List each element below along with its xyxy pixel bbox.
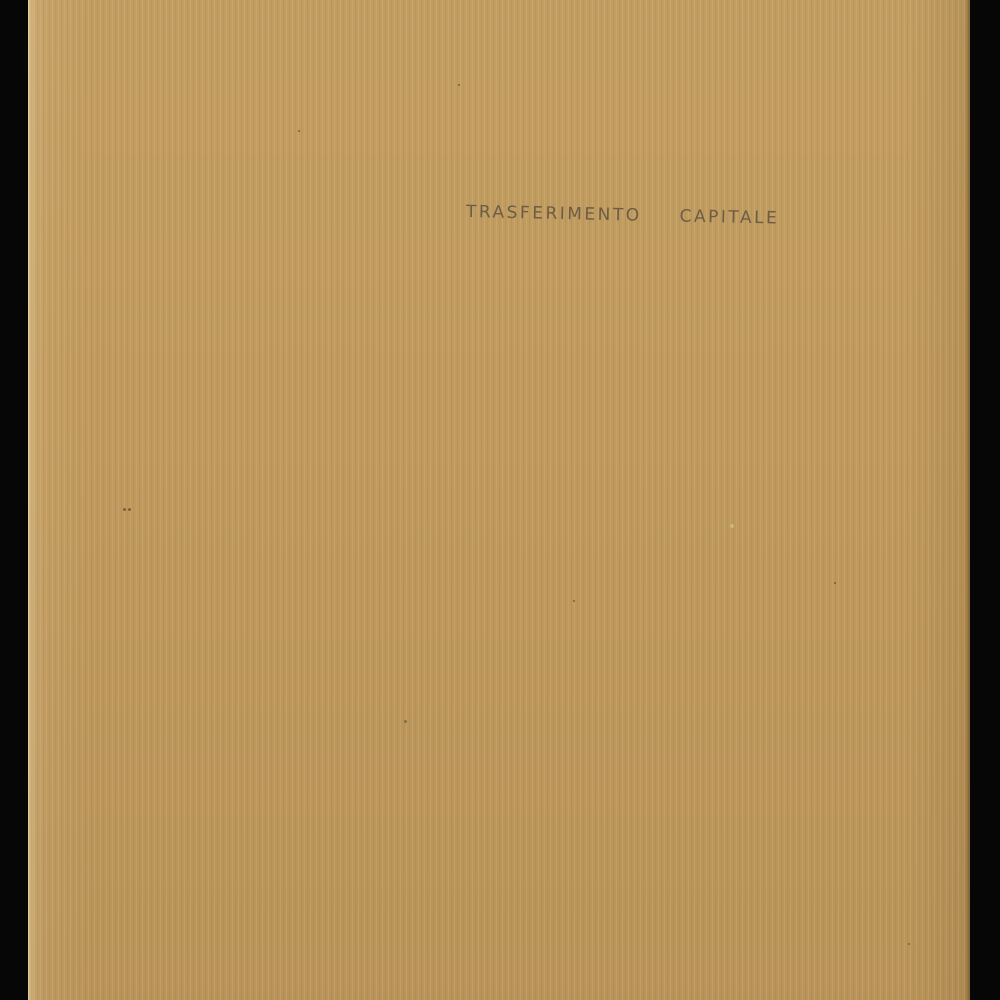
paper-speck [458, 84, 460, 86]
paper-speck [128, 508, 131, 511]
paper-speck [573, 600, 575, 602]
handwritten-title: TRASFERIMENTOCAPITALE [466, 202, 780, 229]
paper-speck [298, 130, 300, 132]
paper-speck [730, 524, 734, 528]
title-word-capitale: CAPITALE [679, 206, 779, 228]
paper-speck [123, 508, 126, 511]
title-word-trasferimento: TRASFERIMENTO [466, 202, 642, 226]
paper-speck [404, 720, 407, 723]
kraft-paper-cover: TRASFERIMENTOCAPITALE [28, 0, 970, 1000]
paper-speck [834, 582, 836, 584]
scan-canvas: TRASFERIMENTOCAPITALE [0, 0, 1000, 1000]
right-paper-edge [964, 0, 970, 1000]
left-binding-edge [28, 0, 36, 1000]
paper-speck [908, 943, 910, 945]
